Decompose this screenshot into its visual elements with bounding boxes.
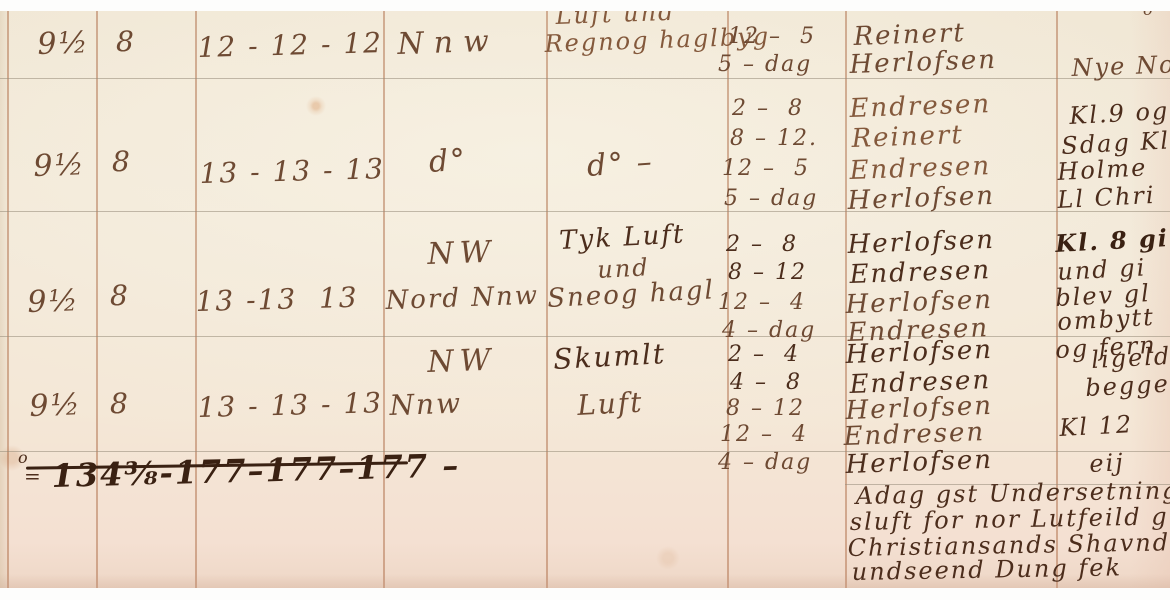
log-readings: 13 - 13 - 13 xyxy=(199,155,385,188)
daily-sum-value: 134⅜-177–177–177 – xyxy=(51,449,460,492)
watch-time: 12 – 5 xyxy=(722,158,810,180)
weather-entry-line: Skumlt xyxy=(553,340,667,374)
remark-fragment: Kl. 8 gi xyxy=(1055,226,1170,256)
watch-officer-name: Reinert xyxy=(851,122,964,152)
watch-time: 2 – 8 xyxy=(726,234,798,256)
hours-value: 8 xyxy=(110,390,130,418)
watch-time: 8 – 12 xyxy=(728,262,807,284)
row-divider-2 xyxy=(0,211,1170,212)
watch-officer-name: Herlofsen xyxy=(847,183,995,214)
watch-officer-name: Herlofsen xyxy=(849,47,997,78)
depth-value: 9½ xyxy=(33,150,86,182)
sum-equals: = xyxy=(24,466,43,486)
watch-time: 5 – dag xyxy=(718,54,812,76)
watch-officer-name: Herlofsen xyxy=(847,227,995,258)
wind-entry: Nnw xyxy=(389,389,462,420)
wind-entry: Nnw xyxy=(397,26,499,60)
hours-value: 8 xyxy=(116,28,136,56)
remark-fragment: Kl 12 xyxy=(1059,412,1134,440)
wind-entry: NW xyxy=(427,238,497,270)
remark-fragment: Kl.9 og xyxy=(1069,99,1170,128)
weather-entry-line: Tyk Luft xyxy=(559,221,686,254)
depth-value: 9½ xyxy=(37,28,90,60)
scan-edge-top xyxy=(0,0,1170,11)
watch-time: 2 – 4 xyxy=(728,344,800,366)
scan-edge-bottom xyxy=(0,588,1170,600)
watch-officer-name: Herlofsen xyxy=(845,447,993,478)
watch-time: 8 – 12 xyxy=(726,398,805,420)
watch-officer-name: Endresen xyxy=(849,91,991,122)
logbook-scan-page: 8 – 12 Endresen o 9½ 8 12 - 12 - 12 Nnw … xyxy=(0,0,1170,600)
wind-entry: d° xyxy=(428,145,468,178)
watch-time: 2 – 8 xyxy=(732,98,804,120)
row-divider-3 xyxy=(0,336,1170,337)
depth-value: 9½ xyxy=(29,390,82,422)
log-readings: 12 - 12 - 12 xyxy=(197,29,383,62)
row-divider-4 xyxy=(0,451,1170,452)
watch-time: 12 – 5 xyxy=(728,26,816,48)
wind-entry: Nord Nnw xyxy=(385,283,539,314)
remark-fragment: Nye No xyxy=(1071,52,1170,80)
remark-fragment: Holme xyxy=(1057,155,1148,184)
watch-time: 12 – 4 xyxy=(718,292,806,314)
log-readings: 13 - 13 - 13 xyxy=(197,389,383,422)
watch-time: 4 – dag xyxy=(718,452,812,474)
watch-time: 8 – 12. xyxy=(730,128,818,150)
hours-value: 8 xyxy=(110,282,130,310)
wind-entry: NW xyxy=(427,346,497,378)
weather-entry-line: d° – xyxy=(586,147,655,182)
footnote-line: undseend Dung fek xyxy=(852,555,1123,584)
watch-officer-name: Herlofsen xyxy=(845,337,993,368)
watch-time: 4 – dag xyxy=(722,320,816,342)
column-rule-2 xyxy=(96,10,98,588)
watch-officer-name: Endresen xyxy=(849,257,991,288)
remark-fragment: Sdag Kl xyxy=(1061,128,1170,158)
remark-fragment: ligeld xyxy=(1091,344,1170,372)
remark-fragment: Ll Chri xyxy=(1057,183,1156,212)
remark-fragment: begge 9 xyxy=(1085,370,1170,400)
depth-value: 9½ xyxy=(27,286,80,318)
remark-fragment: ombytt xyxy=(1057,305,1156,334)
watch-time: 5 – dag xyxy=(724,188,818,210)
hours-value: 8 xyxy=(112,148,132,176)
watch-time: 4 – 8 xyxy=(730,372,802,394)
weather-entry-line: Luft xyxy=(577,389,645,420)
row-divider-1 xyxy=(0,78,1170,79)
column-rule-1 xyxy=(7,10,9,588)
watch-time: 12 – 4 xyxy=(720,424,808,446)
watch-officer-name: Endresen xyxy=(849,153,991,184)
log-readings: 13 -13 13 xyxy=(195,284,359,316)
remark-fragment: eij xyxy=(1089,450,1126,476)
